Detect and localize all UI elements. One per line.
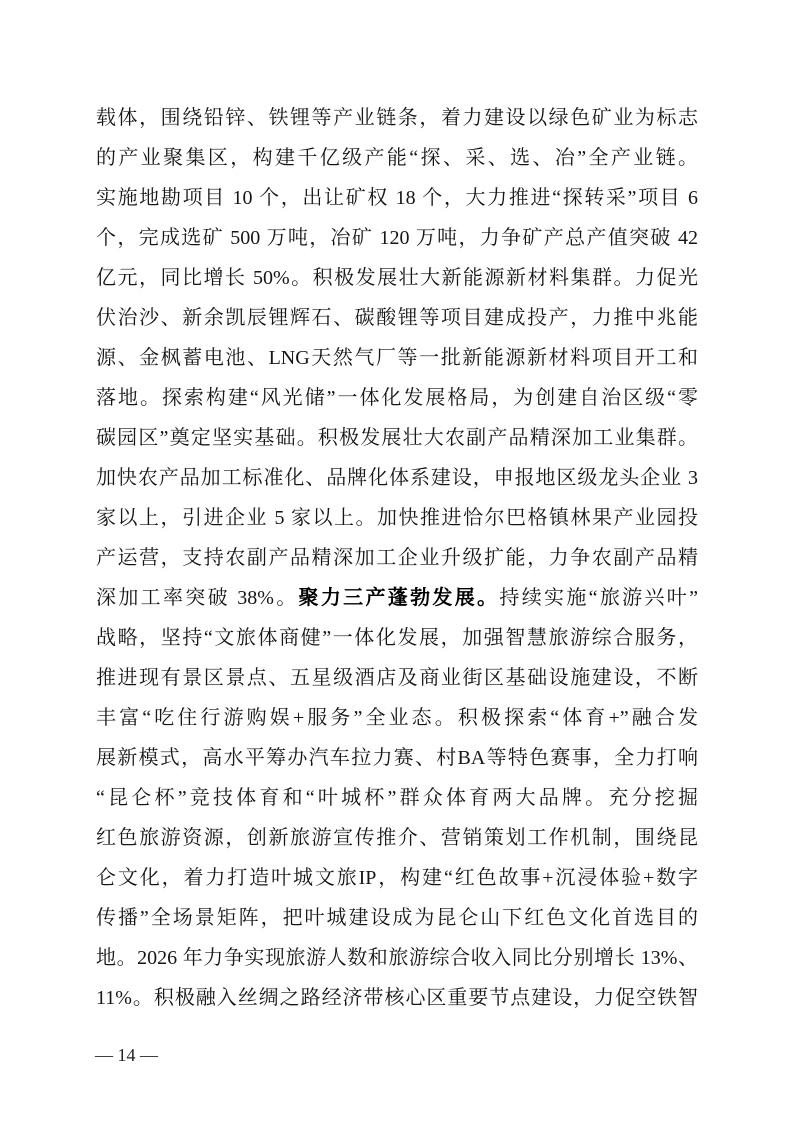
text-line: 11%。积极融入丝绸之路经济带核心区重要节点建设，力促空铁智 xyxy=(96,978,698,1018)
text-line: 家以上，引进企业 5 家以上。加快推进恰尔巴格镇林果产业园投 xyxy=(96,498,698,538)
line-text-before-heading: 深加工率突破 38%。 xyxy=(96,587,299,609)
text-line: 实施地勘项目 10 个，出让矿权 18 个，大力推进“探转采”项目 6 xyxy=(96,178,698,218)
inline-section-heading: 聚力三产蓬勃发展。 xyxy=(299,587,500,609)
text-line-with-heading: 深加工率突破 38%。聚力三产蓬勃发展。持续实施“旅游兴叶” xyxy=(96,578,698,618)
page-number: — 14 — xyxy=(95,1043,158,1067)
text-line: “昆仑杯”竞技体育和“叶城杯”群众体育两大品牌。充分挖掘 xyxy=(96,778,698,818)
text-line: 落地。探索构建“风光储”一体化发展格局，为创建自治区级“零 xyxy=(96,378,698,418)
text-line: 载体，围绕铅锌、铁锂等产业链条，着力建设以绿色矿业为标志 xyxy=(96,98,698,138)
document-page: 载体，围绕铅锌、铁锂等产业链条，着力建设以绿色矿业为标志 的产业聚集区，构建千亿… xyxy=(0,0,793,1122)
text-line: 个，完成选矿 500 万吨，冶矿 120 万吨，力争矿产总产值突破 42 xyxy=(96,218,698,258)
text-line: 红色旅游资源，创新旅游宣传推介、营销策划工作机制，围绕昆 xyxy=(96,818,698,858)
text-line: 加快农产品加工标准化、品牌化体系建设，申报地区级龙头企业 3 xyxy=(96,458,698,498)
text-line: 展新模式，高水平筹办汽车拉力赛、村BA等特色赛事，全力打响 xyxy=(96,738,698,778)
text-line: 碳园区”奠定坚实基础。积极发展壮大农副产品精深加工业集群。 xyxy=(96,418,698,458)
text-line: 亿元，同比增长 50%。积极发展壮大新能源新材料集群。力促光 xyxy=(96,258,698,298)
text-line: 仑文化，着力打造叶城文旅IP，构建“红色故事+沉浸体验+数字 xyxy=(96,858,698,898)
line-text-after-heading: 持续实施“旅游兴叶” xyxy=(499,587,698,609)
text-line: 产运营，支持农副产品精深加工企业升级扩能，力争农副产品精 xyxy=(96,538,698,578)
text-line: 的产业聚集区，构建千亿级产能“探、采、选、冶”全产业链。 xyxy=(96,138,698,178)
body-paragraph: 载体，围绕铅锌、铁锂等产业链条，着力建设以绿色矿业为标志 的产业聚集区，构建千亿… xyxy=(96,98,698,1018)
text-line: 源、金枫蓄电池、LNG天然气厂等一批新能源新材料项目开工和 xyxy=(96,338,698,378)
text-line: 战略，坚持“文旅体商健”一体化发展，加强智慧旅游综合服务， xyxy=(96,618,698,658)
text-line: 丰富“吃住行游购娱+服务”全业态。积极探索“体育+”融合发 xyxy=(96,698,698,738)
text-line: 地。2026 年力争实现旅游人数和旅游综合收入同比分别增长 13%、 xyxy=(96,938,698,978)
text-line: 推进现有景区景点、五星级酒店及商业街区基础设施建设，不断 xyxy=(96,658,698,698)
text-line: 伏治沙、新余凯辰锂辉石、碳酸锂等项目建成投产，力推中兆能 xyxy=(96,298,698,338)
text-line: 传播”全场景矩阵，把叶城建设成为昆仑山下红色文化首选目的 xyxy=(96,898,698,938)
